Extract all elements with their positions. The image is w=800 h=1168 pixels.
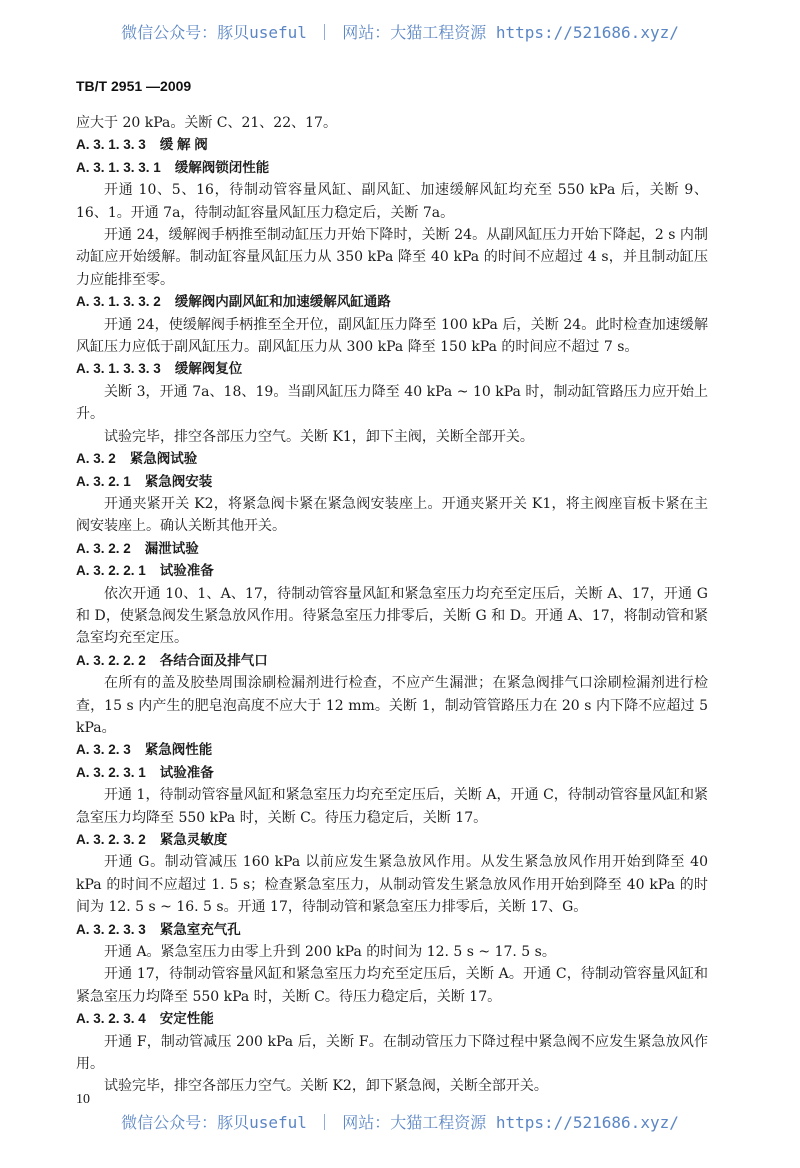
section-heading: A. 3. 2. 2. 2各结合面及排气口	[76, 650, 708, 672]
section-title: 漏泄试验	[145, 541, 199, 556]
section-number: A. 3. 2. 2. 2	[76, 650, 146, 672]
section-title: 紧急阀安装	[145, 474, 213, 489]
section-number: A. 3. 2. 2. 1	[76, 560, 146, 582]
paragraph: 依次开通 10、1、A、17，待制动管容量风缸和紧急室压力均充至定压后，关断 A…	[76, 583, 708, 650]
section-number: A. 3. 2	[76, 448, 116, 470]
section-title: 缓解阀复位	[175, 361, 243, 376]
section-heading: A. 3. 1. 3. 3. 3缓解阀复位	[76, 358, 708, 380]
paragraph: 开通 24，使缓解阀手柄推至全开位，副风缸压力降至 100 kPa 后，关断 2…	[76, 314, 708, 359]
section-title: 紧急室充气孔	[160, 922, 241, 937]
section-title: 缓解阀内副风缸和加速缓解风缸通路	[175, 294, 391, 309]
section-title: 各结合面及排气口	[160, 653, 268, 668]
paragraph: 开通 10、5、16，待制动管容量风缸、副风缸、加速缓解风缸均充至 550 kP…	[76, 179, 708, 224]
section-heading: A. 3. 1. 3. 3. 2缓解阀内副风缸和加速缓解风缸通路	[76, 291, 708, 313]
section-title: 试验准备	[160, 765, 214, 780]
section-number: A. 3. 2. 3. 2	[76, 829, 146, 851]
section-number: A. 3. 2. 3. 4	[76, 1008, 146, 1030]
section-title: 试验准备	[160, 563, 214, 578]
section-heading: A. 3. 2. 3. 1试验准备	[76, 762, 708, 784]
section-number: A. 3. 1. 3. 3. 1	[76, 157, 161, 179]
watermark-top: 微信公众号：豚贝useful ｜ 网站：大猫工程资源 https://52168…	[0, 20, 800, 43]
section-heading: A. 3. 2. 2漏泄试验	[76, 538, 708, 560]
section-heading: A. 3. 2. 3紧急阀性能	[76, 739, 708, 761]
paragraph: 在所有的盖及胶垫周围涂刷检漏剂进行检查，不应产生漏泄；在紧急阀排气口涂刷检漏剂进…	[76, 672, 708, 739]
section-number: A. 3. 1. 3. 3	[76, 134, 146, 156]
paragraph: 开通 A。紧急室压力由零上升到 200 kPa 的时间为 12. 5 s ~ 1…	[76, 941, 708, 963]
section-number: A. 3. 1. 3. 3. 3	[76, 358, 161, 380]
section-heading: A. 3. 1. 3. 3. 1缓解阀锁闭性能	[76, 157, 708, 179]
paragraph: 开通夹紧开关 K2，将紧急阀卡紧在紧急阀安装座上。开通夹紧开关 K1，将主阀座盲…	[76, 493, 708, 538]
paragraph: 试验完毕，排空各部压力空气。关断 K1，卸下主阀，关断全部开关。	[76, 426, 708, 448]
watermark-bottom: 微信公众号：豚贝useful ｜ 网站：大猫工程资源 https://52168…	[0, 1110, 800, 1133]
section-number: A. 3. 2. 2	[76, 538, 131, 560]
section-heading: A. 3. 2紧急阀试验	[76, 448, 708, 470]
section-title: 紧急阀性能	[145, 742, 213, 757]
section-title: 紧急灵敏度	[160, 832, 228, 847]
paragraph: 开通 G。制动管减压 160 kPa 以前应发生紧急放风作用。从发生紧急放风作用…	[76, 851, 708, 918]
paragraph: 开通 17，待制动管容量风缸和紧急室压力均充至定压后，关断 A。开通 C，待制动…	[76, 963, 708, 1008]
section-heading: A. 3. 2. 3. 2紧急灵敏度	[76, 829, 708, 851]
section-title: 紧急阀试验	[130, 451, 198, 466]
page-number: 10	[76, 1092, 90, 1108]
section-heading: A. 3. 2. 3. 3紧急室充气孔	[76, 919, 708, 941]
section-title: 缓 解 阀	[160, 137, 208, 152]
section-title: 安定性能	[160, 1011, 214, 1026]
section-heading: A. 3. 1. 3. 3缓 解 阀	[76, 134, 708, 156]
standard-code: TB/T 2951 —2009	[76, 78, 191, 94]
paragraph: 开通 F，制动管减压 200 kPa 后，关断 F。在制动管压力下降过程中紧急阀…	[76, 1031, 708, 1076]
paragraph: 开通 24，缓解阀手柄推至制动缸压力开始下降时，关断 24。从副风缸压力开始下降…	[76, 224, 708, 291]
section-number: A. 3. 2. 3. 3	[76, 919, 146, 941]
section-heading: A. 3. 2. 2. 1试验准备	[76, 560, 708, 582]
document-body: 应大于 20 kPa。关断 C、21、22、17。A. 3. 1. 3. 3缓 …	[76, 112, 708, 1098]
section-number: A. 3. 1. 3. 3. 2	[76, 291, 161, 313]
section-heading: A. 3. 2. 3. 4安定性能	[76, 1008, 708, 1030]
paragraph: 应大于 20 kPa。关断 C、21、22、17。	[76, 112, 708, 134]
section-number: A. 3. 2. 1	[76, 471, 131, 493]
section-title: 缓解阀锁闭性能	[175, 160, 270, 175]
paragraph: 关断 3，开通 7a、18、19。当副风缸压力降至 40 kPa ~ 10 kP…	[76, 381, 708, 426]
section-number: A. 3. 2. 3. 1	[76, 762, 146, 784]
paragraph: 开通 1，待制动管容量风缸和紧急室压力均充至定压后，关断 A，开通 C，待制动管…	[76, 784, 708, 829]
section-number: A. 3. 2. 3	[76, 739, 131, 761]
section-heading: A. 3. 2. 1紧急阀安装	[76, 471, 708, 493]
paragraph: 试验完毕，排空各部压力空气。关断 K2，卸下紧急阀，关断全部开关。	[76, 1075, 708, 1097]
